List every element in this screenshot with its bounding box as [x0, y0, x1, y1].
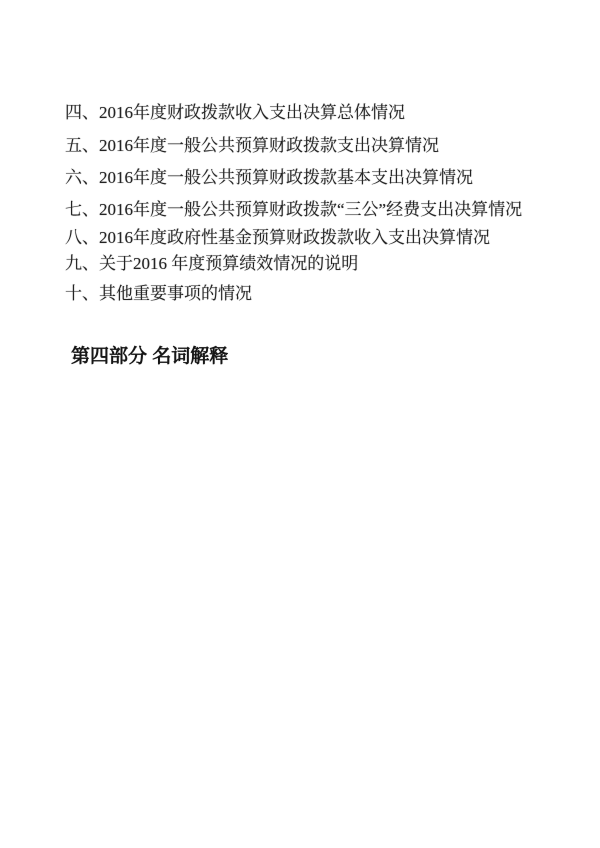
toc-item: 四、2016年度财政拨款收入支出决算总体情况	[65, 103, 405, 123]
toc-item: 十、其他重要事项的情况	[65, 284, 252, 304]
document-page: 四、2016年度财政拨款收入支出决算总体情况 五、2016年度一般公共预算财政拨…	[0, 0, 600, 848]
toc-item: 九、关于2016 年度预算绩效情况的说明	[65, 254, 358, 274]
toc-item: 八、2016年度政府性基金预算财政拨款收入支出决算情况	[65, 228, 490, 248]
section-heading: 第四部分 名词解释	[71, 346, 228, 368]
toc-item: 五、2016年度一般公共预算财政拨款支出决算情况	[65, 136, 439, 156]
toc-item: 七、2016年度一般公共预算财政拨款“三公”经费支出决算情况	[65, 200, 522, 220]
toc-item: 六、2016年度一般公共预算财政拨款基本支出决算情况	[65, 168, 473, 188]
